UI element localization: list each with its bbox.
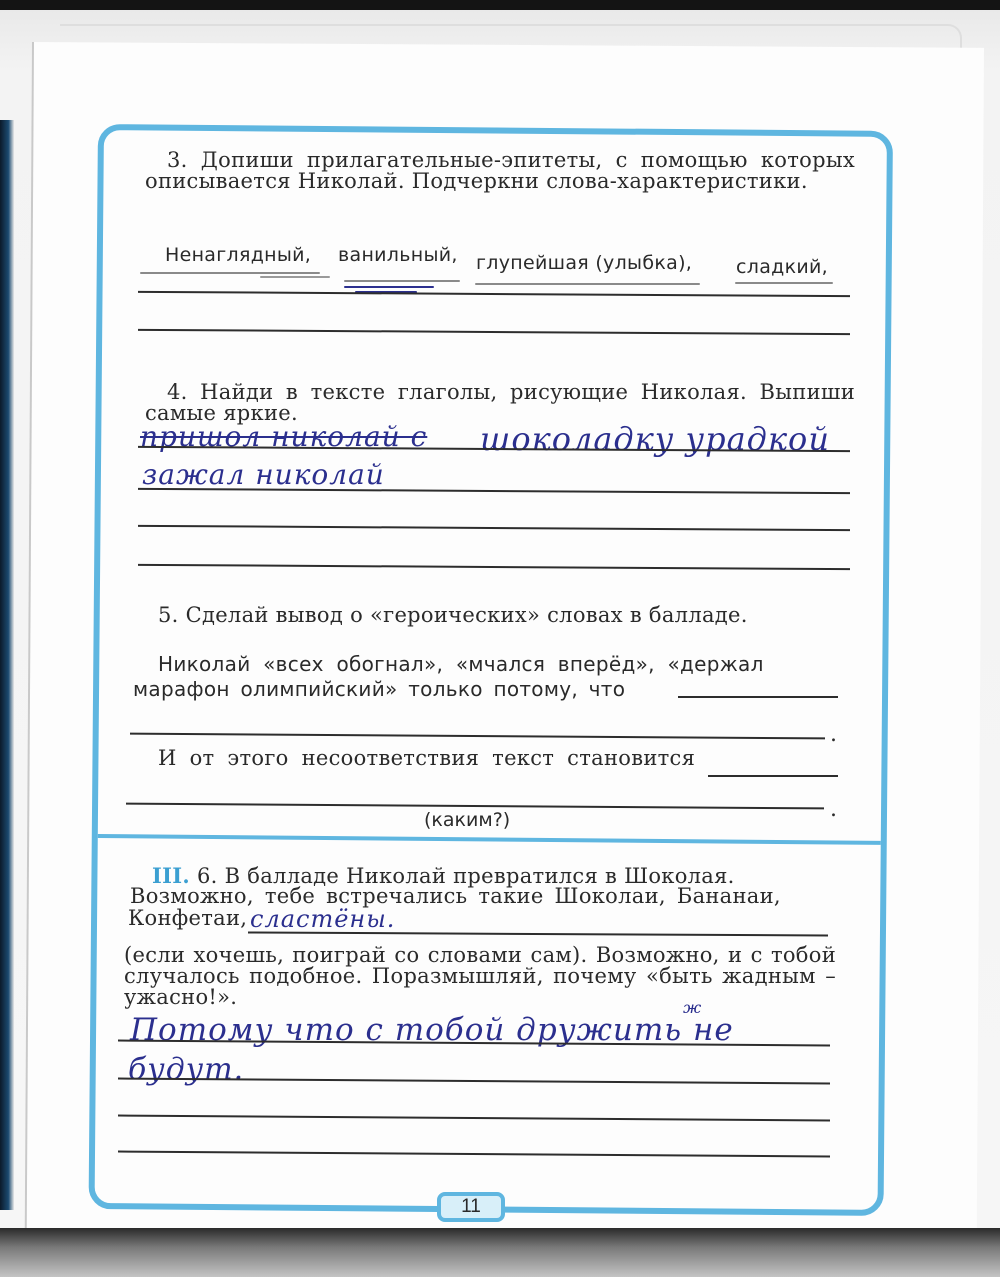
page-number: 11 xyxy=(437,1192,505,1222)
page-content: 3. Допиши прилагательные-эпитеты, с помо… xyxy=(0,0,1000,1277)
task5-sentence2: И от этого несоответствия текст становит… xyxy=(158,748,718,769)
task4-prompt: 4. Найди в тексте глаголы, рисующие Нико… xyxy=(145,382,855,424)
task3-prompt-text: 3. Допиши прилагательные-эпитеты, с помо… xyxy=(145,148,855,193)
underline-mark xyxy=(344,280,460,282)
answer-line xyxy=(138,291,850,297)
underline-pen-mark xyxy=(344,286,434,288)
handwritten-answer-line2: будут. xyxy=(128,1052,244,1087)
underline-mark xyxy=(140,272,320,274)
period: . xyxy=(830,722,837,747)
answer-line xyxy=(118,1151,830,1158)
task3-word-3: глупейшая (улыбка), xyxy=(476,252,692,274)
underline-mark xyxy=(735,282,833,284)
answer-line xyxy=(708,775,838,777)
task5-sentence1-part2: марафон олимпийский» только потому, что xyxy=(133,677,625,701)
task3-word-2: ванильный, xyxy=(338,244,458,266)
task5-sentence1-part1: Николай «всех обогнал», «мчался вперёд»,… xyxy=(158,652,764,676)
answer-line xyxy=(130,733,825,740)
answer-line xyxy=(678,696,838,698)
underline-mark xyxy=(475,283,700,285)
answer-line xyxy=(138,525,850,531)
handwritten-answer-line1: шоколадку урадкой xyxy=(480,420,830,458)
task4-prompt-text: 4. Найди в тексте глаголы, рисующие Нико… xyxy=(145,380,855,425)
answer-line xyxy=(118,1115,830,1122)
task3-word-4: сладкий, xyxy=(736,256,828,278)
task6-prompt-line2: Возможно, тебе встречались такие Шоколаи… xyxy=(130,886,835,907)
task3-word-1: Ненаглядный, xyxy=(165,244,311,266)
handwritten-fill-word: сластёны. xyxy=(250,905,395,933)
task5-hint: (каким?) xyxy=(424,809,510,831)
answer-line xyxy=(138,329,850,335)
answer-line xyxy=(138,488,850,494)
task6-prompt-rest: (если хочешь, поиграй со словами сам). В… xyxy=(124,945,836,1008)
handwritten-correction: ж xyxy=(683,998,702,1017)
handwritten-answer-line2: зажал николай xyxy=(142,458,385,491)
underline-mark xyxy=(260,276,330,278)
task5-prompt: 5. Сделай вывод о «героических» словах в… xyxy=(158,605,848,626)
task3-prompt: 3. Допиши прилагательные-эпитеты, с помо… xyxy=(145,150,855,192)
answer-line xyxy=(138,564,850,570)
period: . xyxy=(830,797,837,822)
answer-line xyxy=(248,931,828,936)
